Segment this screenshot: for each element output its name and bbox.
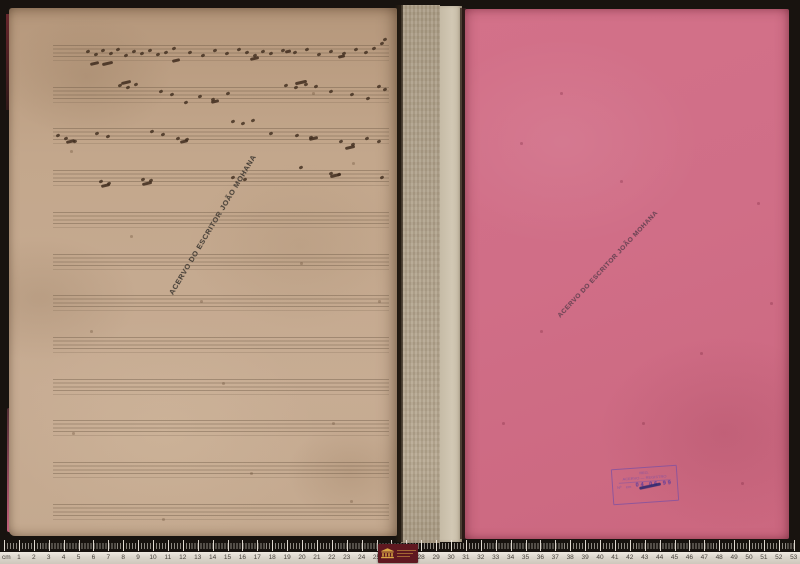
ruler-number: 40 (594, 554, 606, 561)
music-beam-mark (121, 80, 131, 85)
ruler-tick (287, 540, 288, 551)
ruler-tick (242, 540, 243, 551)
digitized-manuscript-scan: ACERVO DO ESCRITOR JOÃO MOHANA ACERVO DO… (0, 0, 800, 564)
ruler-tick (451, 540, 452, 551)
paper-speck (250, 472, 253, 475)
ruler-tick (704, 540, 705, 551)
ruler-tick (168, 540, 169, 551)
paper-speck (378, 300, 381, 303)
paper-speck (90, 330, 93, 333)
paper-speck (642, 422, 645, 425)
ruler-number: 16 (236, 554, 248, 561)
music-note (383, 37, 388, 42)
paper-speck (741, 482, 744, 485)
ruler-number: 7 (102, 554, 114, 561)
ruler-tick (108, 540, 109, 551)
ruler-number: 15 (222, 554, 234, 561)
ruler-number: 17 (251, 554, 263, 561)
ruler-number: 14 (207, 554, 219, 561)
ruler-tick (183, 540, 184, 551)
ruler-tick (362, 540, 363, 551)
ruler-tick (332, 540, 333, 551)
accession-stamp-line: Nº (617, 485, 622, 490)
measurement-ruler: cm 1234567891011121314151617181920212223… (0, 537, 800, 564)
building-icon (380, 547, 395, 560)
staff-lines (53, 504, 389, 520)
music-beam-mark (172, 58, 180, 62)
ruler-tick (615, 540, 616, 551)
paper-speck (300, 262, 303, 265)
logo-text-lines (397, 550, 416, 557)
binding-spine-edge (440, 6, 462, 542)
ruler-tick (49, 540, 50, 551)
music-beam-mark (101, 61, 112, 66)
ruler-tick (317, 540, 318, 551)
music-note (251, 119, 256, 124)
paper-speck (200, 300, 203, 303)
ruler-number: 41 (609, 554, 621, 561)
ruler-number: 45 (669, 554, 681, 561)
ruler-number: 42 (624, 554, 636, 561)
ruler-tick (600, 540, 601, 551)
ruler-tick (749, 540, 750, 551)
ruler-unit-label: cm (2, 554, 11, 561)
paper-speck (502, 422, 505, 425)
binding-spine-cloth (401, 5, 440, 543)
ruler-tick (19, 540, 20, 551)
paper-speck (72, 432, 75, 435)
paper-speck (520, 142, 523, 145)
ruler-number: 46 (683, 554, 695, 561)
music-note (231, 120, 236, 125)
ruler-tick (64, 540, 65, 551)
staff-lines (53, 462, 389, 478)
ruler-tick (496, 540, 497, 551)
ruler-number: 44 (654, 554, 666, 561)
staff-lines (53, 87, 389, 103)
ruler-number: 34 (505, 554, 517, 561)
paper-speck (560, 92, 563, 95)
staff-lines (53, 337, 389, 353)
ruler-tick (764, 540, 765, 551)
ruler-number: 43 (639, 554, 651, 561)
paper-speck (540, 330, 543, 333)
ruler-number: 11 (162, 554, 174, 561)
music-beam-mark (100, 183, 109, 188)
ruler-tick (123, 540, 124, 551)
ruler-tick (153, 540, 154, 551)
accession-date-label: em (626, 484, 632, 489)
staff-lines (53, 45, 389, 61)
music-note (184, 100, 189, 105)
ruler-number: 3 (43, 554, 55, 561)
ruler-tick (302, 540, 303, 551)
ruler-tick (481, 540, 482, 551)
pink-cover-page: ACERVO DO ESCRITOR JOÃO MOHANA REG. ACER… (465, 9, 789, 539)
ruler-number: 35 (520, 554, 532, 561)
music-beam-mark (89, 61, 98, 66)
ruler-number: 18 (266, 554, 278, 561)
paper-speck (130, 235, 133, 238)
ruler-number: 38 (564, 554, 576, 561)
ruler-number: 32 (475, 554, 487, 561)
ruler-tick (93, 540, 94, 551)
staff-lines (53, 420, 389, 436)
ruler-tick (138, 540, 139, 551)
ruler-tick (540, 540, 541, 551)
paper-speck (70, 150, 73, 153)
ruler-tick (347, 540, 348, 551)
paper-speck (352, 162, 355, 165)
paper-speck (162, 518, 165, 521)
ruler-tick (79, 540, 80, 551)
ruler-number: 49 (728, 554, 740, 561)
paper-speck (620, 180, 623, 183)
ruler-number: 36 (534, 554, 546, 561)
ruler-tick (436, 540, 437, 551)
ruler-tick (734, 540, 735, 551)
ruler-tick (272, 540, 273, 551)
ruler-tick (257, 540, 258, 551)
ruler-number: 37 (549, 554, 561, 561)
ruler-tick (675, 540, 676, 551)
ruler-number: 9 (132, 554, 144, 561)
ruler-tick (630, 540, 631, 551)
staff-lines (53, 212, 389, 228)
ruler-number: 6 (87, 554, 99, 561)
ruler-number: 52 (773, 554, 785, 561)
ruler-number: 19 (281, 554, 293, 561)
paper-speck (222, 382, 225, 385)
ruler-tick (421, 540, 422, 551)
ruler-number: 8 (117, 554, 129, 561)
paper-speck (700, 352, 703, 355)
paper-speck (757, 202, 760, 205)
ruler-tick (213, 540, 214, 551)
ruler-number: 22 (326, 554, 338, 561)
ruler-number: 21 (311, 554, 323, 561)
accession-stamp: REG. ACERVO — REGISTRO Nº em 04 06 99 (611, 465, 679, 506)
paper-speck (350, 500, 353, 503)
ruler-tick (526, 540, 527, 551)
staff-lines (53, 254, 389, 270)
staff-lines (53, 295, 389, 311)
music-beam-mark (345, 145, 355, 150)
music-note (241, 122, 246, 127)
manuscript-page: ACERVO DO ESCRITOR JOÃO MOHANA (9, 8, 397, 536)
ruler-number: 50 (743, 554, 755, 561)
paper-speck (312, 92, 315, 95)
ruler-tick (228, 540, 229, 551)
ruler-number: 51 (758, 554, 770, 561)
ruler-number: 23 (341, 554, 353, 561)
paper-speck (332, 422, 335, 425)
ruler-tick (570, 540, 571, 551)
paper-speck (770, 302, 773, 305)
staff-lines (53, 379, 389, 395)
ruler-tick (585, 540, 586, 551)
archive-logo (378, 544, 418, 563)
ruler-tick (779, 540, 780, 551)
ruler-number: 33 (490, 554, 502, 561)
ruler-number: 5 (73, 554, 85, 561)
ruler-tick (466, 540, 467, 551)
ruler-tick (689, 540, 690, 551)
ruler-tick (645, 540, 646, 551)
ruler-number: 53 (788, 554, 800, 561)
collection-stamp-right: ACERVO DO ESCRITOR JOÃO MOHANA (554, 207, 661, 321)
ruler-number: 13 (192, 554, 204, 561)
ruler-number: 10 (147, 554, 159, 561)
ruler-tick (198, 540, 199, 551)
ruler-number: 31 (460, 554, 472, 561)
ruler-tick (555, 540, 556, 551)
ruler-number: 24 (356, 554, 368, 561)
ruler-number: 1 (13, 554, 25, 561)
ruler-number: 47 (698, 554, 710, 561)
ruler-tick (660, 540, 661, 551)
ruler-number: 12 (177, 554, 189, 561)
ruler-tick (4, 540, 5, 551)
ruler-number: 30 (445, 554, 457, 561)
ruler-number: 39 (579, 554, 591, 561)
ruler-tick (34, 540, 35, 551)
ruler-tick (794, 540, 795, 551)
ruler-number: 2 (28, 554, 40, 561)
ruler-number: 29 (430, 554, 442, 561)
ruler-number: 48 (713, 554, 725, 561)
ruler-number: 4 (58, 554, 70, 561)
ruler-tick (511, 540, 512, 551)
ruler-number: 20 (296, 554, 308, 561)
ruler-tick (719, 540, 720, 551)
